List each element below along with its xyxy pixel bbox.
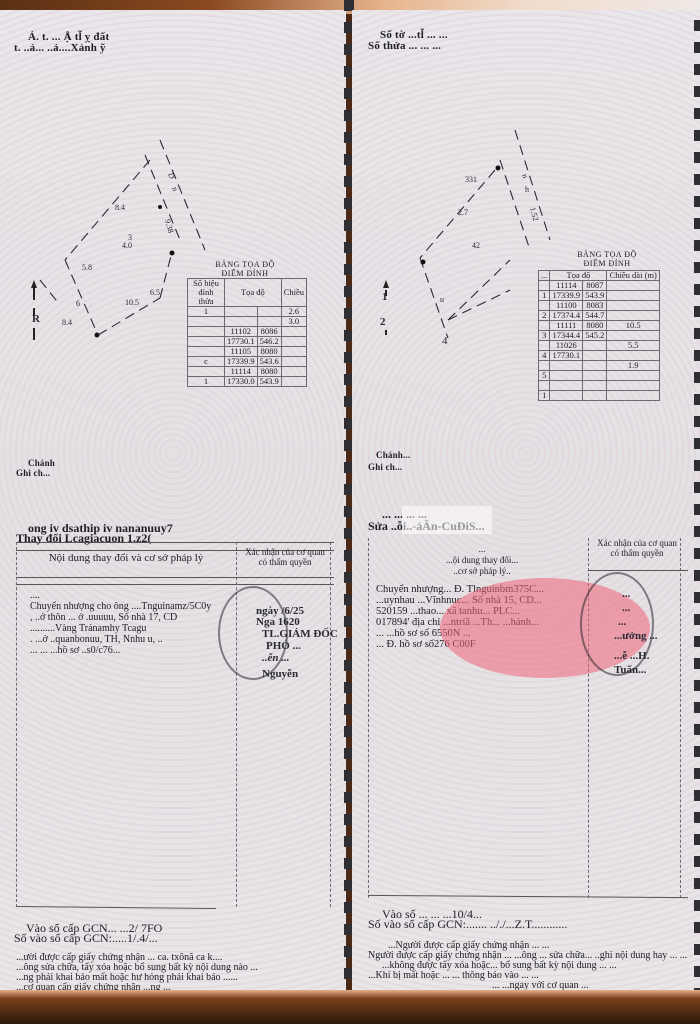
- plot-label: 9.38: [163, 218, 175, 234]
- coord-cell-no: [188, 327, 225, 337]
- coord-cell-x: [224, 307, 257, 317]
- coord-table-row: 111148087: [539, 281, 660, 291]
- coord-cell-x: [550, 371, 583, 381]
- coord-table-row: 11111808010.5: [539, 321, 660, 331]
- coord-cell-len: 2.6: [281, 307, 306, 317]
- coord-header-xy: Tọa độ: [550, 271, 607, 281]
- coord-cell-y: 545.2: [583, 331, 607, 341]
- coord-cell-len: [607, 281, 660, 291]
- coord-cell-len: [607, 371, 660, 381]
- coord-table-row: 117339.9543.9: [539, 291, 660, 301]
- left-legend-line2: Ghi ch...: [16, 468, 50, 478]
- coord-cell-len: [281, 377, 306, 387]
- plot-label: 2.7: [458, 208, 468, 217]
- coord-cell-x: [224, 317, 257, 327]
- coord-cell-y: 8080: [583, 321, 607, 331]
- plot-label: 8.4: [115, 203, 125, 212]
- coord-cell-len: [607, 301, 660, 311]
- coord-cell-y: 543.9: [583, 291, 607, 301]
- coord-cell-len: [607, 311, 660, 321]
- right-legend-line1: Chánh...: [376, 450, 410, 460]
- coord-table-row: 117330.0543.9: [188, 377, 307, 387]
- signer-name: Nguyễn: [262, 668, 298, 680]
- signer-name: Tuấn...: [614, 664, 646, 676]
- plot-label: 4.0: [122, 241, 132, 250]
- coord-header-no: ...: [539, 271, 550, 281]
- coord-cell-len: [607, 351, 660, 361]
- left-change-entry: .... Chuyển nhượng cho ông ....Tnguinamz…: [30, 590, 240, 656]
- right-page: Số tờ ...tl̃ ... ... Số thửa ... ... ...…: [352, 10, 700, 995]
- coord-cell-y: 8087: [583, 281, 607, 291]
- plot-label: n: [520, 173, 530, 180]
- coord-cell-x: 17339.9: [550, 291, 583, 301]
- coord-header-no: Số hiệu đỉnh thửa: [188, 279, 225, 307]
- coord-cell-len: [607, 331, 660, 341]
- coord-cell-y: [583, 391, 607, 401]
- coord-cell-y: [257, 317, 281, 327]
- coord-table-row: 5: [539, 371, 660, 381]
- coord-cell-x: 17344.4: [550, 331, 583, 341]
- confirm-line: ...: [618, 616, 626, 628]
- coord-table-row: 1 2.6: [188, 307, 307, 317]
- coord-cell-x: 11026: [550, 341, 583, 351]
- right-footer-line2: Số vào sổ cấp GCN:....... .././...Z.T...…: [368, 918, 567, 930]
- coord-cell-y: 543.9: [257, 377, 281, 387]
- right-col-confirm-header: Xác nhận của cơ quan có thẩm quyền: [592, 538, 682, 558]
- coord-cell-x: 11111: [550, 321, 583, 331]
- left-footer-line2: Số vào sổ cấp GCN:.....1/.4/...: [14, 932, 158, 944]
- coord-cell-x: [550, 381, 583, 391]
- plot-label: 8.4: [62, 318, 72, 327]
- coord-table-row: 111028086: [188, 327, 307, 337]
- coord-cell-no: 2: [539, 311, 550, 321]
- left-page: Ả. t. ... Ậ tl̃ ỵ đất t. ..ả... ..ả....X…: [0, 10, 346, 995]
- right-legend-line2: Ghi ch...: [368, 462, 402, 472]
- right-coord-table: ... Tọa độ Chiều dài (m) 111148087 11733…: [538, 270, 660, 401]
- right-header-line2: Số thửa ... ... ...: [368, 41, 441, 52]
- coord-cell-y: [583, 361, 607, 371]
- coord-cell-len: 5.5: [607, 341, 660, 351]
- signature: ...ễ ...H.: [614, 650, 649, 662]
- coord-header-length: Chiều dài (m): [607, 271, 660, 281]
- coord-cell-no: 1: [539, 391, 550, 401]
- coord-cell-y: 544.7: [583, 311, 607, 321]
- coord-cell-len: 1.9: [607, 361, 660, 371]
- left-col-content-header: Nội dung thay đổi và cơ sở pháp lý: [20, 553, 232, 564]
- plot-label: 4: [442, 335, 448, 347]
- coord-cell-len: [281, 367, 306, 377]
- plot-label: 5.8: [82, 263, 92, 272]
- signature: ..ễn ...: [262, 652, 290, 664]
- north-arrow-icon: [383, 280, 389, 288]
- coord-header-xy: Tọa độ: [224, 279, 281, 307]
- coord-cell-no: [188, 317, 225, 327]
- coord-cell-y: [583, 371, 607, 381]
- coord-cell-y: 8080: [257, 367, 281, 377]
- plot-label: 10.5: [125, 298, 139, 307]
- coord-cell-no: [539, 341, 550, 351]
- plot-label: u: [440, 295, 444, 304]
- right-edge-perforation: [694, 20, 700, 990]
- left-header-line2: t. ..ả... ..ả....Xảnh ỹ: [14, 43, 106, 54]
- coord-cell-y: [583, 341, 607, 351]
- coord-table-row: 11026 5.5: [539, 341, 660, 351]
- coord-cell-y: 8086: [257, 327, 281, 337]
- confirm-line: ...: [622, 588, 630, 600]
- coord-cell-x: 17730.1: [550, 351, 583, 361]
- coord-cell-no: [188, 367, 225, 377]
- glare-patch: [402, 506, 492, 534]
- left-legend-line1: Chánh: [28, 458, 55, 468]
- coord-cell-no: [539, 361, 550, 371]
- coord-cell-y: 8080: [257, 347, 281, 357]
- coord-cell-x: 17730.1: [224, 337, 257, 347]
- coord-header-length: Chiều: [281, 279, 306, 307]
- coord-table-row: 1.9: [539, 361, 660, 371]
- plot-label: 331: [465, 175, 477, 184]
- coord-cell-x: 11102: [224, 327, 257, 337]
- coord-cell-x: 11105: [224, 347, 257, 357]
- coord-cell-x: 17374.4: [550, 311, 583, 321]
- coord-cell-x: 11114: [550, 281, 583, 291]
- plot-label: 6.5: [150, 288, 160, 297]
- coord-cell-len: [607, 381, 660, 391]
- plot-label: h: [525, 185, 529, 194]
- coord-cell-y: 546.2: [257, 337, 281, 347]
- right-col-content-header: ... ...ội dung thay đổi... ..cơ sở pháp …: [382, 544, 582, 577]
- coord-table-row: 317344.4545.2: [539, 331, 660, 341]
- coord-cell-len: [281, 347, 306, 357]
- coord-cell-len: [607, 391, 660, 401]
- coord-cell-no: 4: [539, 351, 550, 361]
- confirm-line: ...: [622, 602, 630, 614]
- coord-cell-no: 5: [539, 371, 550, 381]
- coord-cell-x: 11114: [224, 367, 257, 377]
- coord-cell-x: 17330.0: [224, 377, 257, 387]
- confirm-subtitle: PHÓ ...: [266, 640, 301, 652]
- coord-cell-y: [583, 381, 607, 391]
- coord-cell-y: [583, 351, 607, 361]
- coord-cell-y: 8083: [583, 301, 607, 311]
- plot-label: 42: [472, 241, 480, 250]
- coord-cell-len: [281, 327, 306, 337]
- coord-table-row: 217374.4544.7: [539, 311, 660, 321]
- coord-cell-x: [550, 391, 583, 401]
- coord-cell-no: c: [188, 357, 225, 367]
- coord-table-row: 3.0: [188, 317, 307, 327]
- coord-table-row: 17730.1546.2: [188, 337, 307, 347]
- coord-cell-len: 3.0: [281, 317, 306, 327]
- coord-cell-no: [188, 347, 225, 357]
- right-coord-table-title: BẢNG TỌA ĐỘ ĐIỂM ĐỈNH: [552, 250, 662, 268]
- coord-table-row: [539, 381, 660, 391]
- coord-table-row: 111058080: [188, 347, 307, 357]
- photo-background-bottom: [0, 990, 700, 1024]
- left-coord-table-title: BẢNG TỌA ĐỘ ĐIỂM ĐỈNH: [200, 260, 290, 278]
- coord-cell-no: 1: [539, 291, 550, 301]
- coord-cell-no: [188, 337, 225, 347]
- coord-cell-no: 3: [539, 331, 550, 341]
- left-coord-table: Số hiệu đỉnh thửa Tọa độ Chiều 1 2.6 3.0…: [187, 278, 307, 387]
- confirm-title: TL.GIÁM ĐỐC: [262, 628, 338, 640]
- north-arrow-icon: [31, 280, 37, 288]
- coord-cell-len: [281, 337, 306, 347]
- coord-table-row: 111008083: [539, 301, 660, 311]
- coord-cell-no: [539, 301, 550, 311]
- plot-label: 1.52: [528, 206, 540, 222]
- coord-cell-no: [539, 281, 550, 291]
- confirm-number: Nga 1620: [256, 616, 300, 628]
- plot-label: D: [166, 172, 177, 181]
- coord-table-row: 417730.1: [539, 351, 660, 361]
- plot-label: 6: [76, 299, 80, 308]
- coord-cell-len: [281, 357, 306, 367]
- coord-cell-len: [607, 291, 660, 301]
- coord-cell-no: [539, 321, 550, 331]
- coord-cell-len: 10.5: [607, 321, 660, 331]
- coord-cell-y: [257, 307, 281, 317]
- coord-cell-no: 1: [188, 307, 225, 317]
- plot-label: n: [170, 186, 180, 193]
- coord-table-row: 1: [539, 391, 660, 401]
- coord-cell-no: [539, 381, 550, 391]
- coord-cell-x: [550, 361, 583, 371]
- coord-cell-x: 17339.9: [224, 357, 257, 367]
- coord-table-row: 111148080: [188, 367, 307, 377]
- coord-cell-no: 1: [188, 377, 225, 387]
- plot-label: 2: [380, 316, 386, 328]
- left-col-confirm-header: Xác nhận của cơ quan có thẩm quyền: [240, 547, 330, 567]
- coord-cell-y: 543.6: [257, 357, 281, 367]
- coord-table-row: c17339.9543.6: [188, 357, 307, 367]
- coord-cell-x: 11100: [550, 301, 583, 311]
- confirm-title: ...ưởng ...: [614, 630, 658, 642]
